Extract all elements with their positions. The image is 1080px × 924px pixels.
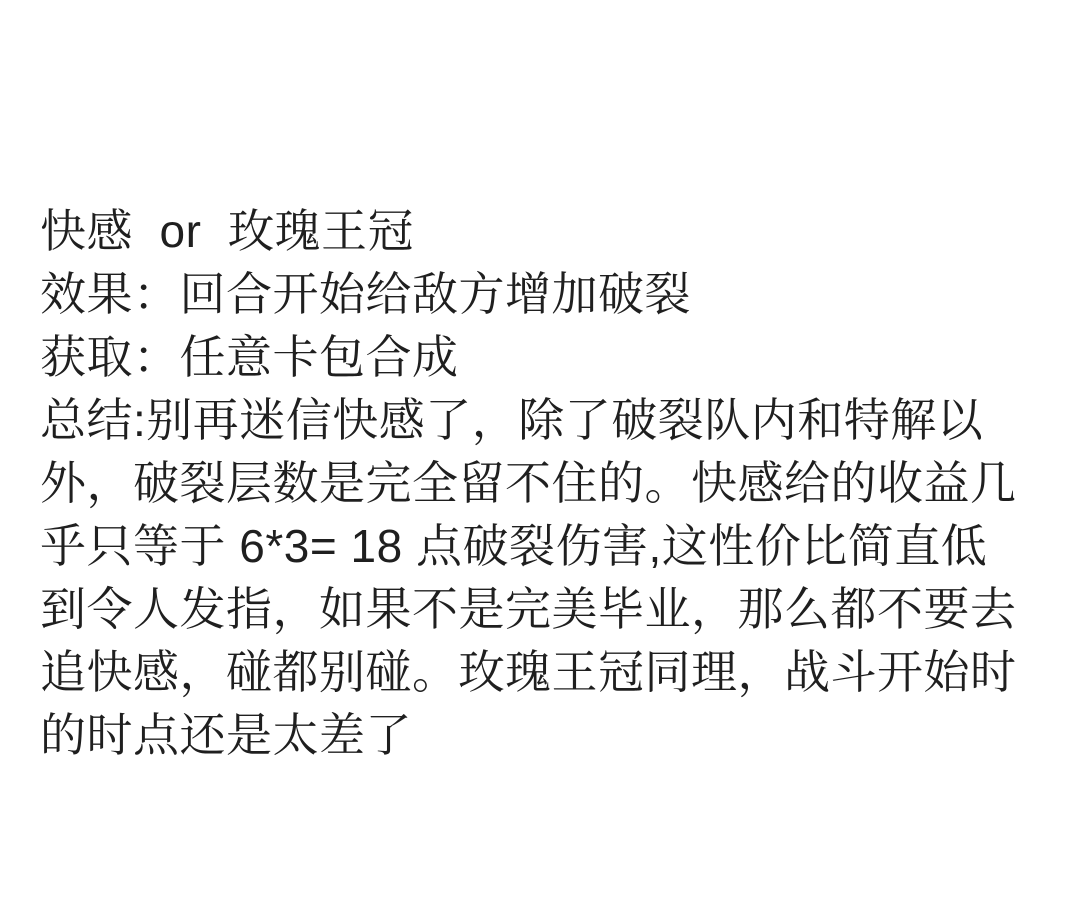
text-line: 的时点还是太差了 [40, 704, 1052, 767]
text-line: 总结:别再迷信快感了，除了破裂队内和特解以 [40, 389, 1052, 452]
text-line: 追快感，碰都别碰。玫瑰王冠同理，战斗开始时 [40, 641, 1052, 704]
text-line-effect: 效果：回合开始给敌方增加破裂 [40, 263, 1052, 326]
text-line: 到令人发指，如果不是完美毕业，那么都不要去 [40, 578, 1052, 641]
text-line: 乎只等于 6*3= 18 点破裂伤害,这性价比简直低 [40, 515, 1052, 578]
text-line: 外，破裂层数是完全留不住的。快感给的收益几 [40, 452, 1052, 515]
text-line-acquire: 获取：任意卡包合成 [40, 326, 1052, 389]
note-text-block: 快感 or 玫瑰王冠 效果：回合开始给敌方增加破裂 获取：任意卡包合成 总结:别… [40, 200, 1052, 767]
text-page: 快感 or 玫瑰王冠 效果：回合开始给敌方增加破裂 获取：任意卡包合成 总结:别… [0, 0, 1080, 924]
text-line-title: 快感 or 玫瑰王冠 [40, 200, 1052, 263]
